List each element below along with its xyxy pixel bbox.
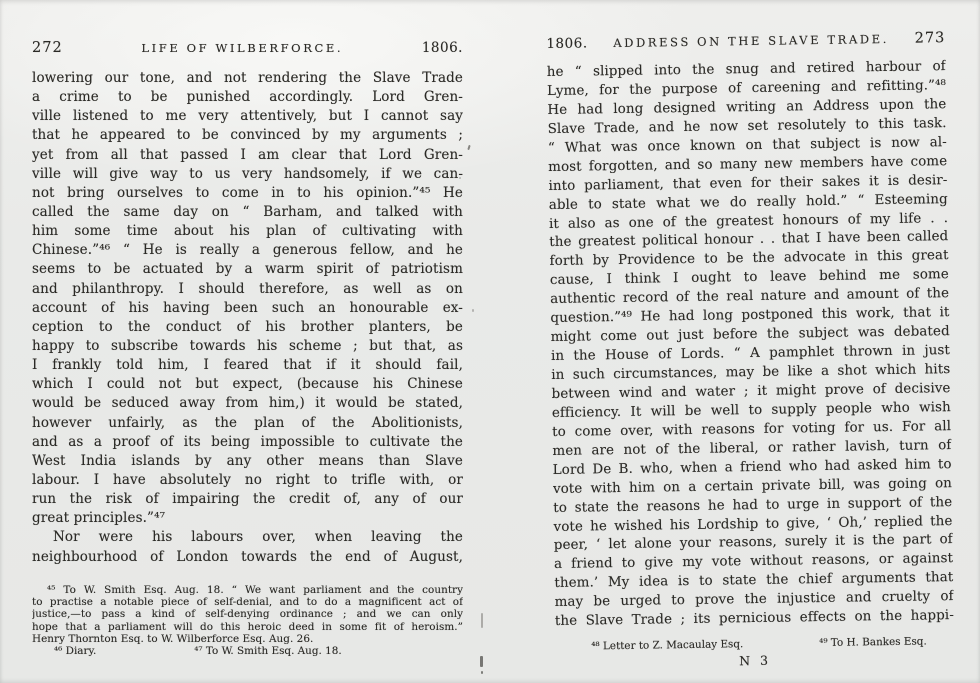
header-year-right: 1806. bbox=[546, 35, 587, 52]
footnote-48: ⁴⁸ Letter to Z. Macaulay Esq. bbox=[591, 638, 743, 653]
page-number-left: 272 bbox=[32, 40, 63, 56]
text-line: neighbourhood of London towards the end … bbox=[32, 548, 463, 567]
text-line: which I could not but expect, (because h… bbox=[32, 375, 463, 394]
footnote-47: ⁴⁷ To W. Smith Esq. Aug. 18. bbox=[194, 645, 341, 657]
text-line: Chinese.”⁴⁶ “ He is really a generous fe… bbox=[32, 241, 463, 260]
text-line: him some time about his plan of cultivat… bbox=[32, 222, 463, 241]
text-line: lowering our tone, and not rendering the… bbox=[32, 69, 463, 88]
footnotes-left: ⁴⁵ To W. Smith Esq. Aug. 18. “ We want p… bbox=[32, 584, 463, 645]
running-title-right: ADDRESS ON THE SLAVE TRADE. bbox=[613, 32, 889, 50]
scan-speck bbox=[459, 177, 461, 179]
text-line: ⁴⁵ To W. Smith Esq. Aug. 18. “ We want p… bbox=[32, 584, 463, 596]
text-line: great principles.”⁴⁷ bbox=[32, 509, 463, 528]
text-line: and philanthropy. I should therefore, as… bbox=[32, 280, 463, 299]
text-line: ception to the conduct of his brother pl… bbox=[32, 318, 463, 337]
page-right: 1806. ADDRESS ON THE SLAVE TRADE. 273 he… bbox=[546, 30, 954, 671]
header-year-left: 1806. bbox=[422, 40, 463, 56]
text-line: West India islands by any other means th… bbox=[32, 452, 463, 471]
running-title-left: LIFE OF WILBERFORCE. bbox=[141, 41, 343, 55]
signature-mark: N 3 bbox=[555, 650, 954, 671]
text-line: that he appeared to be convinced by my a… bbox=[32, 126, 463, 145]
running-header-left: 272 LIFE OF WILBERFORCE. 1806. bbox=[32, 40, 463, 56]
text-line: called the same day on “ Barham, and tal… bbox=[32, 203, 463, 222]
scan-speck bbox=[481, 613, 483, 628]
page-number-right: 273 bbox=[915, 30, 946, 46]
text-line: not bring ourselves to come in to his op… bbox=[32, 184, 463, 203]
scan-speck bbox=[481, 671, 483, 674]
text-line: ville will give way to us very handsomel… bbox=[32, 165, 463, 184]
text-line: justice,—to pass a kind of self-denying … bbox=[32, 608, 463, 620]
text-line: Nor were his labours over, when leaving … bbox=[32, 528, 463, 547]
text-line: Henry Thornton Esq. to W. Wilberforce Es… bbox=[32, 633, 463, 645]
text-line: a crime to be punished accordingly. Lord… bbox=[32, 88, 463, 107]
body-text-left: lowering our tone, and not rendering the… bbox=[32, 69, 463, 567]
text-line: and as a proof of its being impossible t… bbox=[32, 433, 463, 452]
body-text-right: he “ slipped into the snug and retired h… bbox=[547, 58, 954, 632]
footnote-46: ⁴⁶ Diary. bbox=[54, 645, 96, 657]
scan-speck bbox=[472, 309, 474, 312]
text-line: however unfairly, as the plan of the Abo… bbox=[32, 414, 463, 433]
text-line: run the risk of impairing the credit of,… bbox=[32, 490, 463, 509]
page-left: 272 LIFE OF WILBERFORCE. 1806. lowering … bbox=[32, 40, 463, 657]
scan-speck bbox=[480, 656, 483, 667]
text-line: yet from all that passed I am clear that… bbox=[32, 146, 463, 165]
book-scan-spread: 272 LIFE OF WILBERFORCE. 1806. lowering … bbox=[0, 0, 980, 683]
footnote-49: ⁴⁹ To H. Bankes Esq. bbox=[819, 636, 927, 650]
text-line: seems to be actuated by a warm spirit of… bbox=[32, 260, 463, 279]
text-line: labour. I have absolutely no right to tr… bbox=[32, 471, 463, 490]
text-line: account of his having been such an honou… bbox=[32, 299, 463, 318]
text-line: to practise a notable piece of self-deni… bbox=[32, 596, 463, 608]
running-header-right: 1806. ADDRESS ON THE SLAVE TRADE. 273 bbox=[546, 30, 945, 52]
footnote-row-left: ⁴⁶ Diary. ⁴⁷ To W. Smith Esq. Aug. 18. bbox=[32, 645, 463, 657]
text-line: ville listened to me very attentively, b… bbox=[32, 107, 463, 126]
text-line: happy to subscribe towards his scheme ; … bbox=[32, 337, 463, 356]
text-line: I frankly told him, I feared that if it … bbox=[32, 356, 463, 375]
text-line: would be seduced away from him,) it woul… bbox=[32, 394, 463, 413]
text-line: hope that a parliament will do this hero… bbox=[32, 621, 463, 633]
scan-speck bbox=[467, 145, 470, 150]
